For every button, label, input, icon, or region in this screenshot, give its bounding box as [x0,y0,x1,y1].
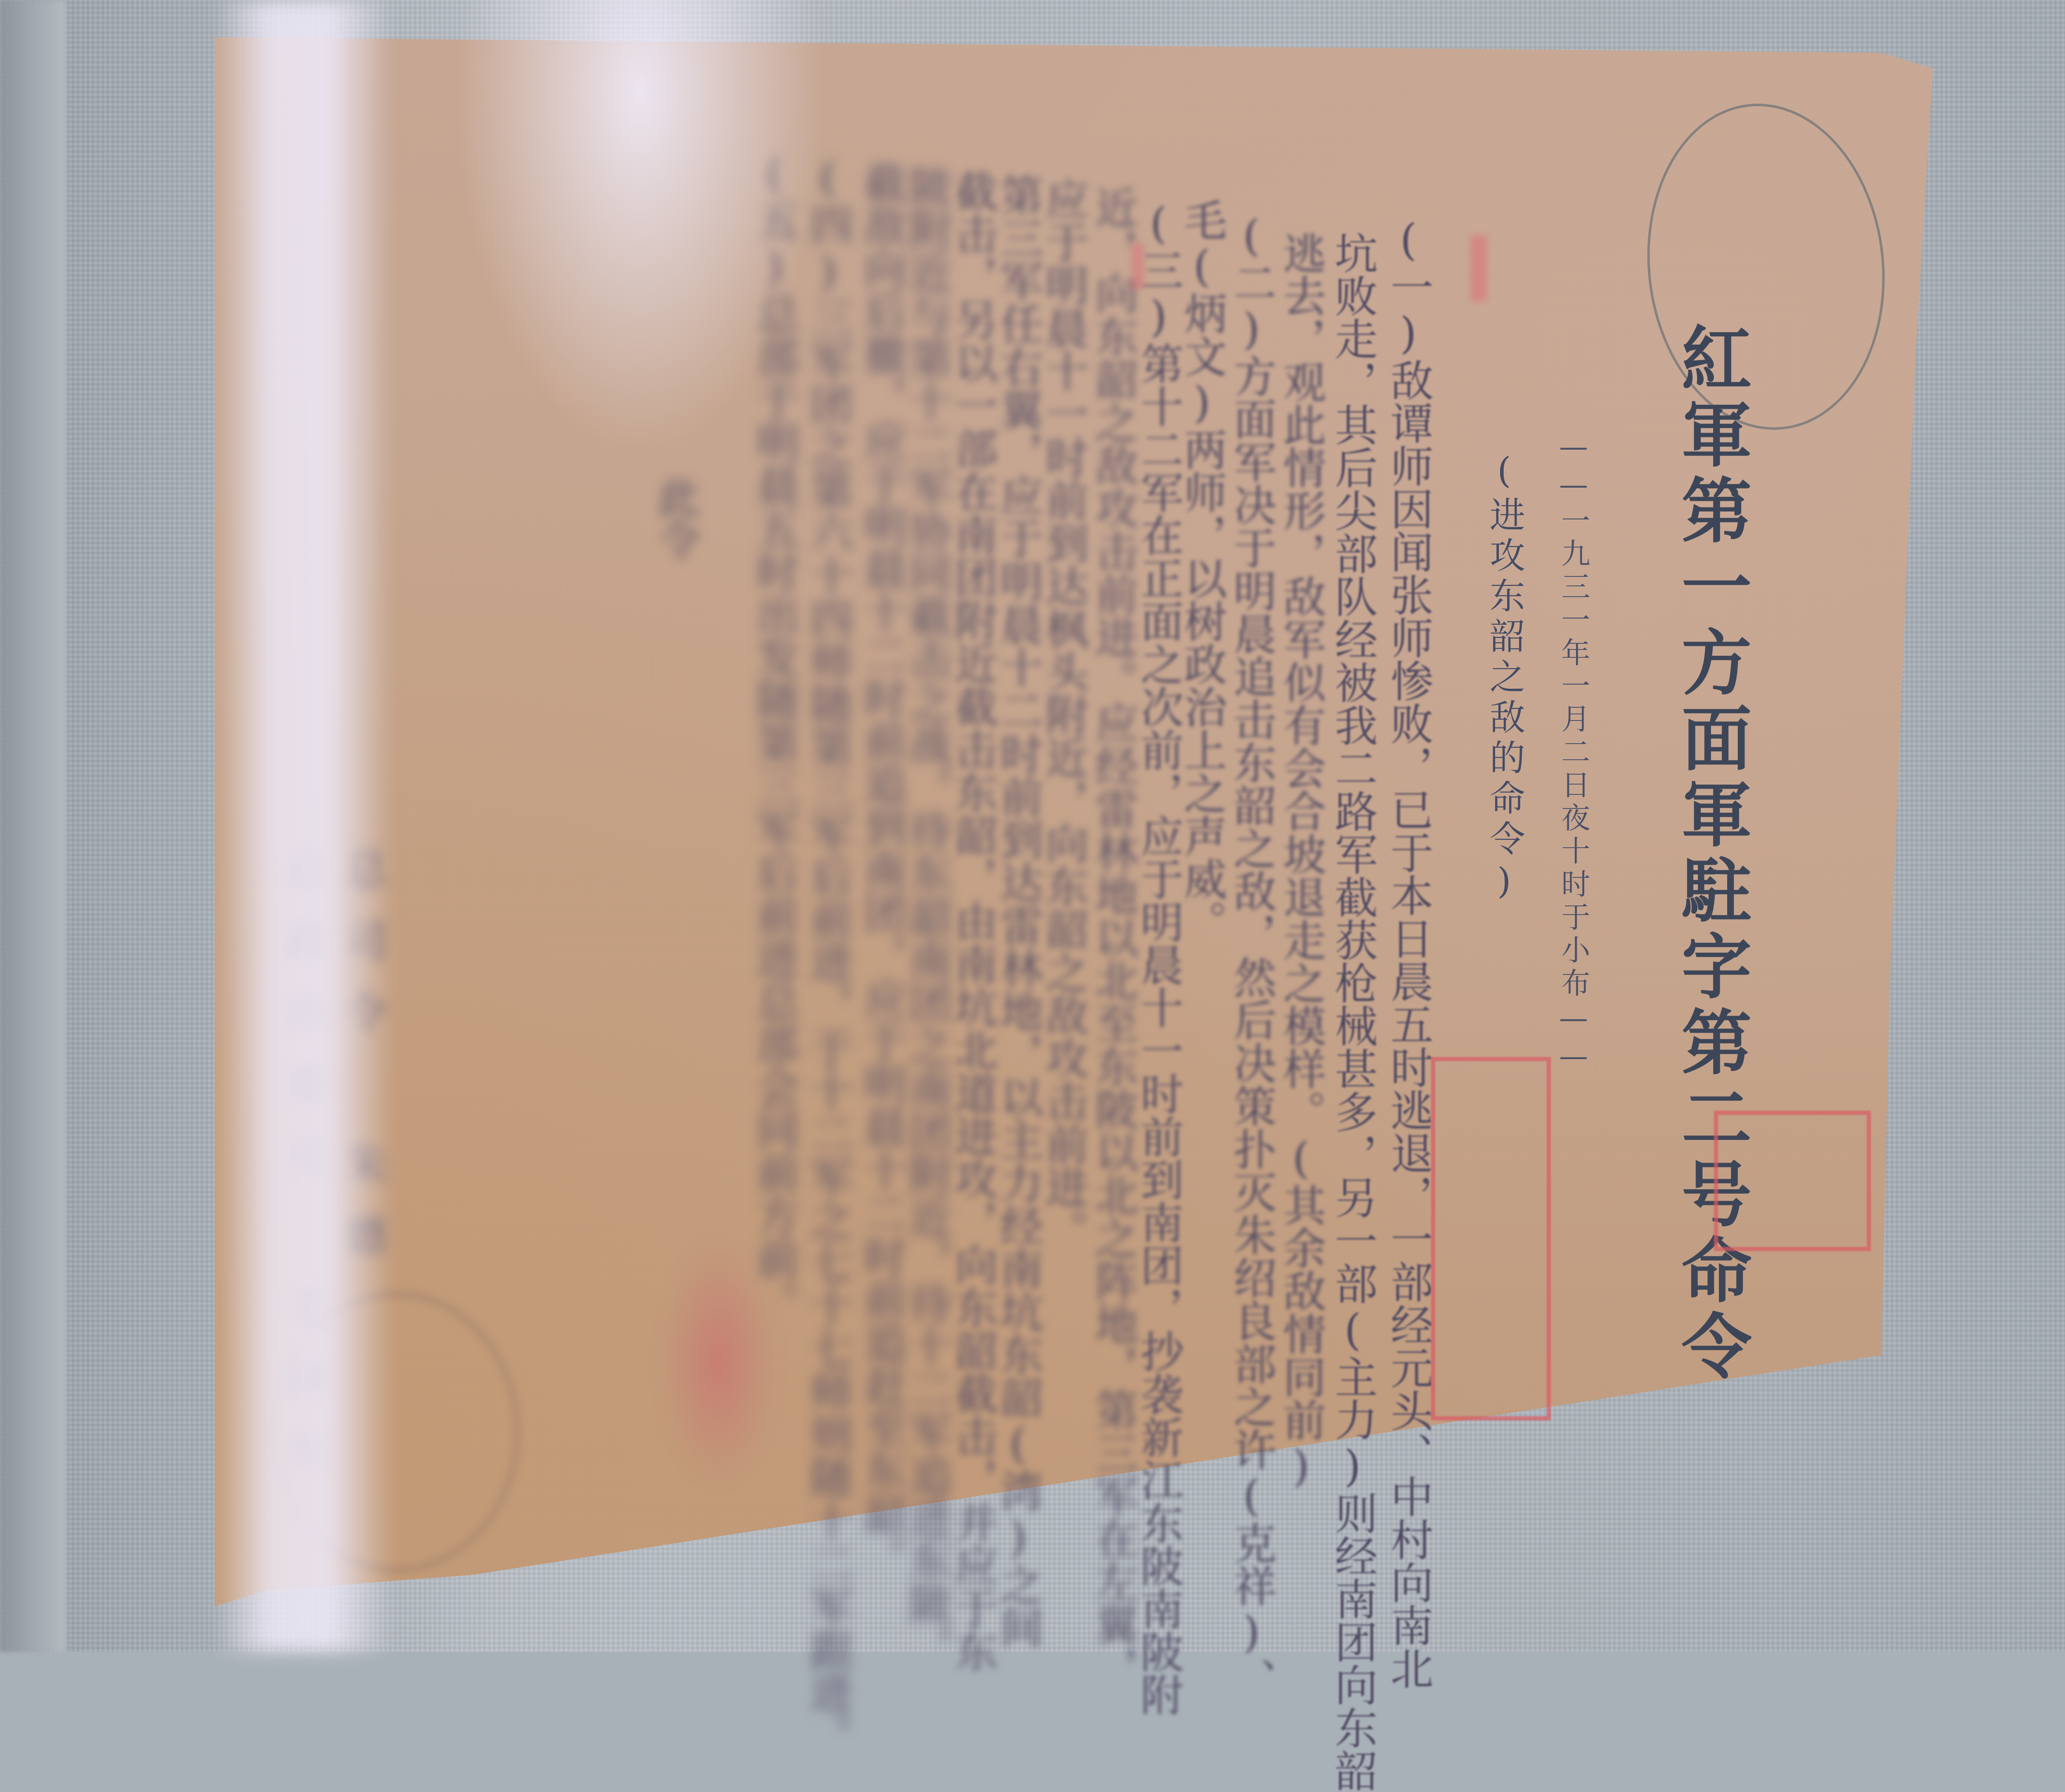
red-annotation-mark [1470,235,1487,301]
document-dateline: ——一九三一年一月二日夜十时于小布—— [1553,429,1595,1077]
paragraph-5-line-1: (四)三军团之第六十四师随第三军后前进，于十二军之七十七师则随十二军跟进。 [797,153,859,1652]
document-subtitle: (进攻东韶之敌的命令) [1479,450,1530,907]
red-rectangular-seal [1431,1057,1551,1420]
red-square-seal [1714,1111,1871,1251]
red-handwritten-mark [661,1239,776,1486]
paragraph-4-line-4: 截敌向后撤，应于明晨十二时前追到南团，应于明晨十二时前追赶至东韶。 [851,161,913,1578]
signature-political-commissar: 总政治委员 毛泽东 [273,846,335,1500]
paragraph-5-line-2: (五)总部于明晨五时出发随第三军后前进总部会同前方前。 [743,149,805,1323]
frame-edge [0,0,66,1652]
closing-line: 此令 [644,475,706,561]
red-annotation-mark-2 [1132,244,1144,289]
signature-commander: 总司令 朱德 [330,846,392,1285]
display-case-background: 紅軍第一方面軍駐字第二号命令 ——一九三一年一月二日夜十时于小布—— (进攻东韶… [0,0,2065,1652]
paragraph-1-line-1: (一)敌谭师因闻张师惨败，已于本日晨五时逃退，一部经元头、中村向南北 [1377,215,1439,1652]
